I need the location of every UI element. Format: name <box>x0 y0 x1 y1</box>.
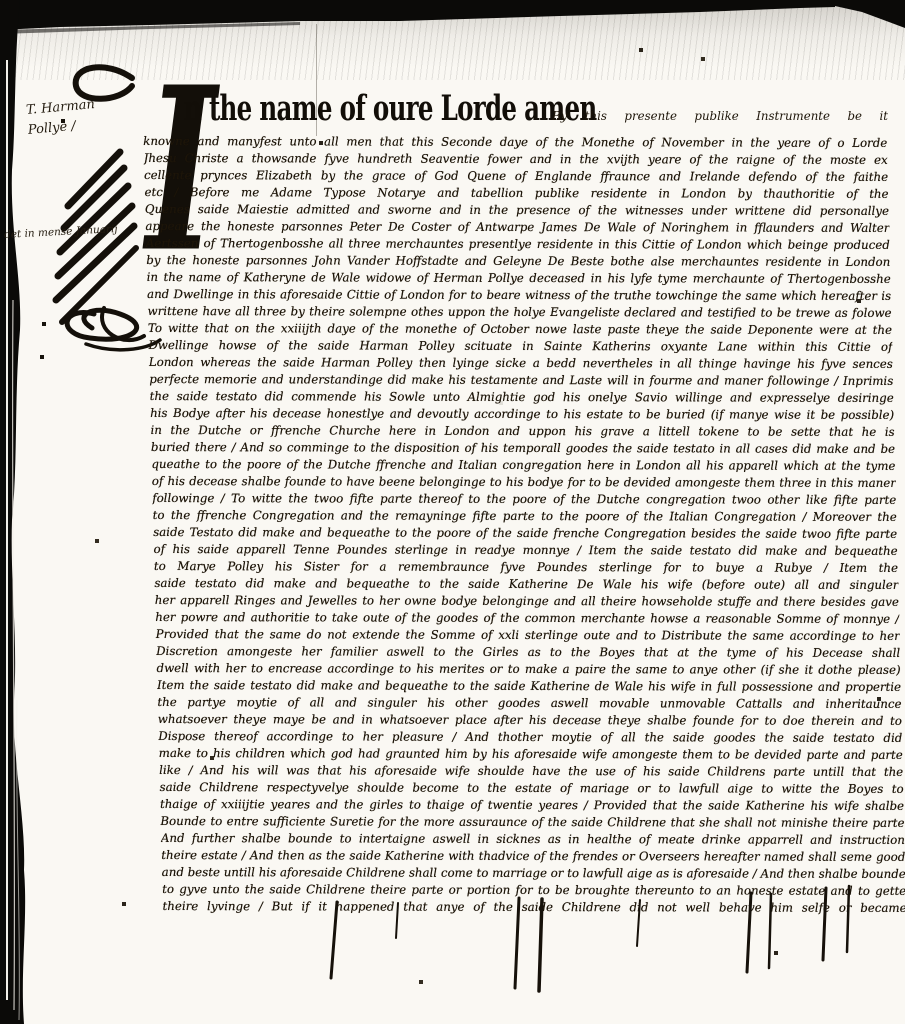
manuscript-line: his Bodye after his decease honestlye an… <box>150 405 894 424</box>
opening-line: By this presente publike Instrumente be … <box>552 109 888 126</box>
manuscript-line: London whereas the saide Harman Polley t… <box>149 354 893 373</box>
manuscript-line: Item the saide testato did make and bequ… <box>157 677 901 696</box>
manuscript-line: theire estate / And then as the saide Ka… <box>161 847 905 866</box>
manuscript-line: to gyve unto the saide Childrene theire … <box>162 881 905 900</box>
manuscript-line: Quenes saide Maiestie admitted and sworn… <box>145 201 889 220</box>
scan-speckles <box>0 0 2 2</box>
scan-top-edge <box>0 0 905 40</box>
manuscript-line: like / And his will was that his aforesa… <box>159 762 903 781</box>
manuscript-line: to the ffrenche Congregation and the rem… <box>152 507 896 526</box>
manuscript-line: to Marye Polley his Sister for a remembr… <box>154 558 898 577</box>
manuscript-line: in the Dutche or ffrenche Churche here i… <box>150 422 894 441</box>
manuscript-line: buried there / And so comminge to the di… <box>151 439 895 458</box>
manuscript-line: followinge / To witte the twoo fifte par… <box>152 490 896 509</box>
manuscript-line: and beste untill his aforesaide Children… <box>162 864 905 883</box>
manuscript-line: Jhesu Christe a thowsande fyve hundreth … <box>143 150 887 169</box>
manuscript-line: theire lyvinge / But if it happened that… <box>162 898 905 917</box>
manuscript-line: To witte that on the xxiiijth daye of th… <box>148 320 892 339</box>
manuscript-line: Provided that the same do not extende th… <box>155 626 899 645</box>
manuscript-line: saide Testato did make and bequeathe to … <box>153 524 897 543</box>
manuscript-line: make to his children which god had graun… <box>158 745 902 764</box>
manuscript-line: saide testato did make and bequeathe to … <box>154 575 898 594</box>
manuscript-body: knowne and manyfest unto all men that th… <box>143 133 905 917</box>
manuscript-line: queathe to the poore of the Dutche ffren… <box>151 456 895 475</box>
manuscript-line: cellente prynces Elizabeth by the grace … <box>144 167 888 186</box>
manuscript-line: thaige of xxiiijtie yeares and the girle… <box>160 796 904 815</box>
manuscript-line: in the name of Katheryne de Wale widowe … <box>146 269 890 288</box>
manuscript-line: And further shalbe bounde to intertaigne… <box>161 830 905 849</box>
manuscript-line: and Dwellinge in this aforesaide Cittie … <box>147 286 891 305</box>
manuscript-line: appeare the honeste parsonnes Peter De C… <box>145 218 889 237</box>
manuscript-line: her apparell Ringes and Jewelles to her … <box>155 592 899 611</box>
manuscript-line: dwell with her to encrease accordinge to… <box>156 660 900 679</box>
manuscript-line: her powre and authoritie to take oute of… <box>155 609 899 628</box>
manuscript-line: saide Childrene respectyvelye shoulde be… <box>159 779 903 798</box>
manuscript-line: the partye moytie of all and singuler hi… <box>157 694 901 713</box>
scanned-manuscript-page: I T. Harman Pollye / det in mense Januar… <box>0 0 905 1024</box>
manuscript-line: writtene have all three by theire solemp… <box>147 303 891 322</box>
manuscript-line: etc / Before me Adame Typose Notarye and… <box>144 184 888 203</box>
manuscript-line: Dwellinge howse of the saide Harman Poll… <box>148 337 892 356</box>
manuscript-line: the saide testato did commende his Sowle… <box>149 388 893 407</box>
document-heading: n the name of oure Lorde amen <box>184 88 597 129</box>
manuscript-line: whatsoever theye maye be and in whatsoev… <box>158 711 902 730</box>
manuscript-line: Dispose thereof accordinge to her pleasu… <box>158 728 902 747</box>
manuscript-line: knowne and manyfest unto all men that th… <box>143 133 887 152</box>
margin-note-name: T. Harman Pollye / <box>25 95 97 141</box>
manuscript-line: by the honeste parsonnes John Vander Hof… <box>146 252 890 271</box>
manuscript-line: perfecte memorie and understandinge did … <box>149 371 893 390</box>
manuscript-line: Bounde to entre sufficiente Suretie for … <box>160 813 904 832</box>
manuscript-line: Aertssen of Thertogenbosshe all three me… <box>146 235 890 254</box>
manuscript-line: of his decease shalbe founde to have bee… <box>152 473 896 492</box>
manuscript-line: Discretion amongeste her familier aswell… <box>156 643 900 662</box>
manuscript-line: of his saide apparell Tenne Poundes ster… <box>153 541 897 560</box>
